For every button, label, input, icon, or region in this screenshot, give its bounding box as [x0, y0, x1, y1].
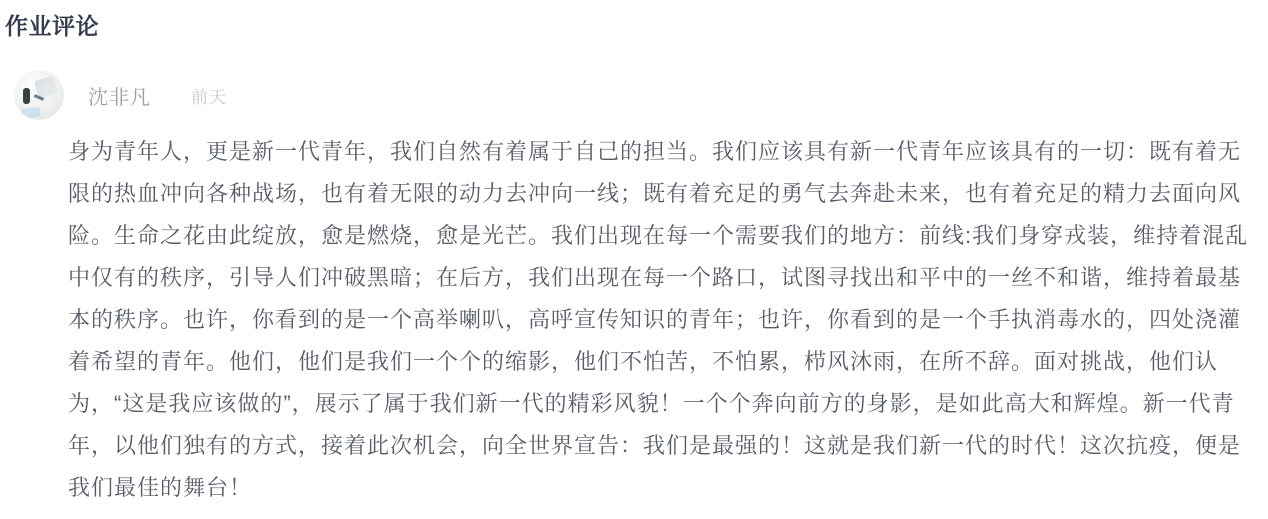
comment-author-name[interactable]: 沈非凡 — [88, 81, 151, 110]
comment-header: 沈非凡 前天 — [14, 70, 227, 120]
comment-timestamp: 前天 — [191, 83, 227, 108]
page-title: 作业评论 — [5, 8, 99, 41]
comment-body-text: 身为青年人，更是新一代青年，我们自然有着属于自己的担当。我们应该具有新一代青年应… — [68, 131, 1253, 509]
avatar-photo-detail-icon — [22, 107, 41, 119]
user-avatar[interactable] — [14, 70, 64, 120]
comments-page: 作业评论 沈非凡 前天 身为青年人，更是新一代青年，我们自然有着属于自己的担当。… — [0, 0, 1268, 519]
avatar-photo-detail-icon — [23, 88, 30, 104]
